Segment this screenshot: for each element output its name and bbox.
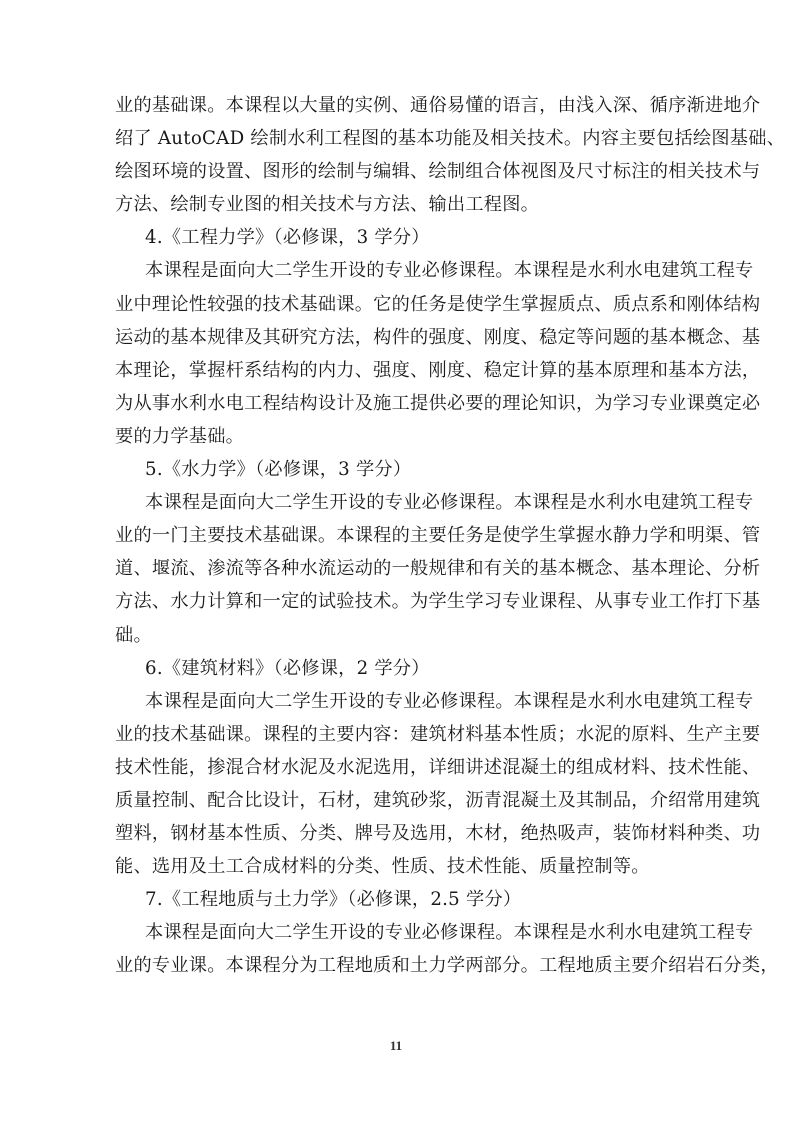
text-line: 本课程是面向大二学生开设的专业必修课程。本课程是水利水电建筑工程专 — [115, 254, 678, 287]
text-line: 业的基础课。本课程以大量的实例、通俗易懂的语言，由浅入深、循序渐进地介 — [115, 89, 678, 122]
text-line: 本课程是面向大二学生开设的专业必修课程。本课程是水利水电建筑工程专 — [115, 916, 678, 949]
page-number: 11 — [0, 1038, 792, 1054]
text-line: 础。 — [115, 619, 678, 652]
course-heading: 7.《工程地质与土力学》（必修课，2.5 学分） — [115, 883, 678, 916]
text-line: 运动的基本规律及其研究方法，构件的强度、刚度、稳定等问题的基本概念、基 — [115, 321, 678, 354]
text-line: 本课程是面向大二学生开设的专业必修课程。本课程是水利水电建筑工程专 — [115, 486, 678, 519]
text-line: 业的技术基础课。课程的主要内容：建筑材料基本性质；水泥的原料、生产主要 — [115, 718, 678, 751]
text-line: 塑料，钢材基本性质、分类、牌号及选用，木材，绝热吸声，装饰材料种类、功 — [115, 817, 678, 850]
text-line: 本课程是面向大二学生开设的专业必修课程。本课程是水利水电建筑工程专 — [115, 685, 678, 718]
text-line: 业的一门主要技术基础课。本课程的主要任务是使学生掌握水静力学和明渠、管 — [115, 519, 678, 552]
text-line: 质量控制、配合比设计，石材，建筑砂浆，沥青混凝土及其制品，介绍常用建筑 — [115, 784, 678, 817]
course-heading: 5.《水力学》（必修课，3 学分） — [115, 453, 678, 486]
text-line: 道、堰流、渗流等各种水流运动的一般规律和有关的基本概念、基本理论、分析 — [115, 552, 678, 585]
text-line: 技术性能，掺混合材水泥及水泥选用，详细讲述混凝土的组成材料、技术性能、 — [115, 751, 678, 784]
text-line: 能、选用及土工合成材料的分类、性质、技术性能、质量控制等。 — [115, 850, 678, 883]
text-line: 绘图环境的设置、图形的绘制与编辑、绘制组合体视图及尺寸标注的相关技术与 — [115, 155, 678, 188]
text-line: 业中理论性较强的技术基础课。它的任务是使学生掌握质点、质点系和刚体结构 — [115, 288, 678, 321]
text-line: 方法、水力计算和一定的试验技术。为学生学习专业课程、从事专业工作打下基 — [115, 585, 678, 618]
page-body: 业的基础课。本课程以大量的实例、通俗易懂的语言，由浅入深、循序渐进地介 绍了 A… — [115, 89, 678, 983]
course-heading: 6.《建筑材料》（必修课，2 学分） — [115, 652, 678, 685]
document-page: 业的基础课。本课程以大量的实例、通俗易懂的语言，由浅入深、循序渐进地介 绍了 A… — [0, 0, 792, 1122]
text-line: 本理论，掌握杆系结构的内力、强度、刚度、稳定计算的基本原理和基本方法， — [115, 354, 678, 387]
text-line: 为从事水利水电工程结构设计及施工提供必要的理论知识，为学习专业课奠定必 — [115, 387, 678, 420]
course-heading: 4.《工程力学》（必修课，3 学分） — [115, 221, 678, 254]
text-line: 要的力学基础。 — [115, 420, 678, 453]
text-line: 绍了 AutoCAD 绘制水利工程图的基本功能及相关技术。内容主要包括绘图基础、 — [115, 122, 678, 155]
text-line: 业的专业课。本课程分为工程地质和土力学两部分。工程地质主要介绍岩石分类， — [115, 949, 678, 982]
text-line: 方法、绘制专业图的相关技术与方法、输出工程图。 — [115, 188, 678, 221]
